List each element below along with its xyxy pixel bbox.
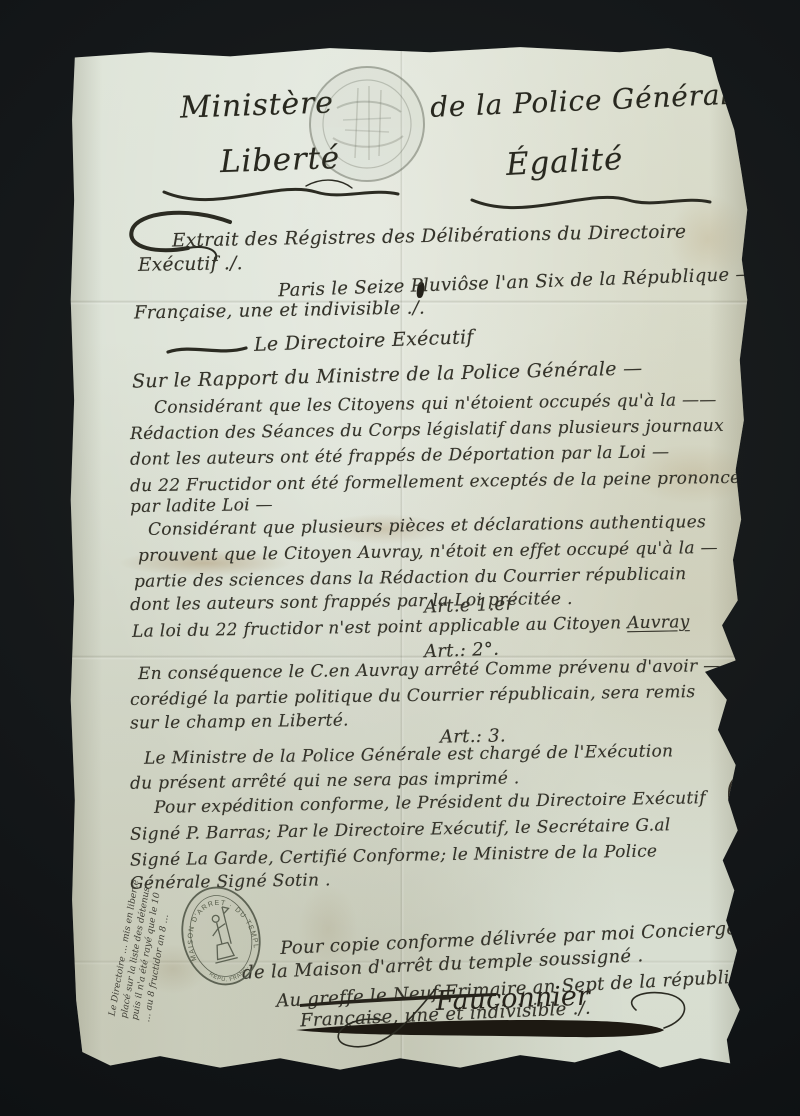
manuscript-paper: Ministère de la Police Générale Liberté … xyxy=(68,44,750,1080)
ministry-title-right: de la Police Générale xyxy=(429,77,748,124)
expedition-line: Pour expédition conforme, le Président d… xyxy=(154,788,706,818)
extrait-line: Exécutif ./. xyxy=(138,253,243,276)
article1-heading: Art.e 1.er xyxy=(424,593,515,617)
date-line: Française, une et indivisible ./. xyxy=(134,297,425,323)
considerant1-line: dont les auteurs ont été frappés de Dépo… xyxy=(130,442,670,470)
considerant1-line: par ladite Loi — xyxy=(130,495,273,517)
rapport-line: Sur le Rapport du Ministre de la Police … xyxy=(132,357,643,392)
motto-egalite: Égalité xyxy=(505,141,624,183)
article2-line: sur le champ en Liberté. xyxy=(130,710,349,733)
directoire-line: Le Directoire Exécutif xyxy=(254,326,474,356)
expedition-line: Signé P. Barras; Par le Directoire Exécu… xyxy=(130,815,671,844)
article3-line: Le Ministre de la Police Générale est ch… xyxy=(144,741,674,768)
considerant2-line: Considérant que plusieurs pièces et décl… xyxy=(148,512,706,540)
extrait-line: Extrait des Régistres des Délibérations … xyxy=(172,222,687,252)
article3-line: du présent arrêté qui ne sera pas imprim… xyxy=(130,768,520,793)
considerant2-line: partie des sciences dans la Rédaction du… xyxy=(134,564,687,592)
signature-fauconnier: Fauconnier xyxy=(286,964,716,1059)
torn-edge-shadow xyxy=(728,775,758,813)
considerant2-line: prouvent que le Citoyen Auvray, n'étoit … xyxy=(138,538,718,566)
considerant1-line: du 22 Fructidor ont été formellement exc… xyxy=(130,468,751,497)
considerant1-line: Rédaction des Séances du Corps législati… xyxy=(130,416,724,444)
torn-edge-shadow xyxy=(732,652,760,710)
date-line: Paris le Seize Pluviôse l'an Six de la R… xyxy=(278,264,754,302)
expedition-line: Signé La Garde, Certifié Conforme; le Mi… xyxy=(130,841,658,870)
flourish-directoire xyxy=(164,340,250,360)
oval-stamp-maison-arret-icon: MAISON D'ARRET · DU TEMPLE RÉPU. FRANÇ. xyxy=(169,876,274,997)
article1-name-underlined: Auvray xyxy=(627,612,690,633)
article1-text: La loi du 22 fructidor n'est point appli… xyxy=(132,613,622,642)
article1-line: La loi du 22 fructidor n'est point appli… xyxy=(132,612,690,642)
article2-line: En conséquence le C.en Auvray arrêté Com… xyxy=(138,656,738,684)
margin-annotation: Le Directoire … mis en liberté placé sur… xyxy=(108,843,184,1023)
signature-text: Fauconnier xyxy=(434,981,592,1017)
considerant1-line: Considérant que les Citoyens qui n'étoie… xyxy=(154,390,717,418)
photograph-of-document: Ministère de la Police Générale Liberté … xyxy=(0,0,800,1116)
article2-line: corédigé la partie politique du Courrier… xyxy=(130,682,696,710)
